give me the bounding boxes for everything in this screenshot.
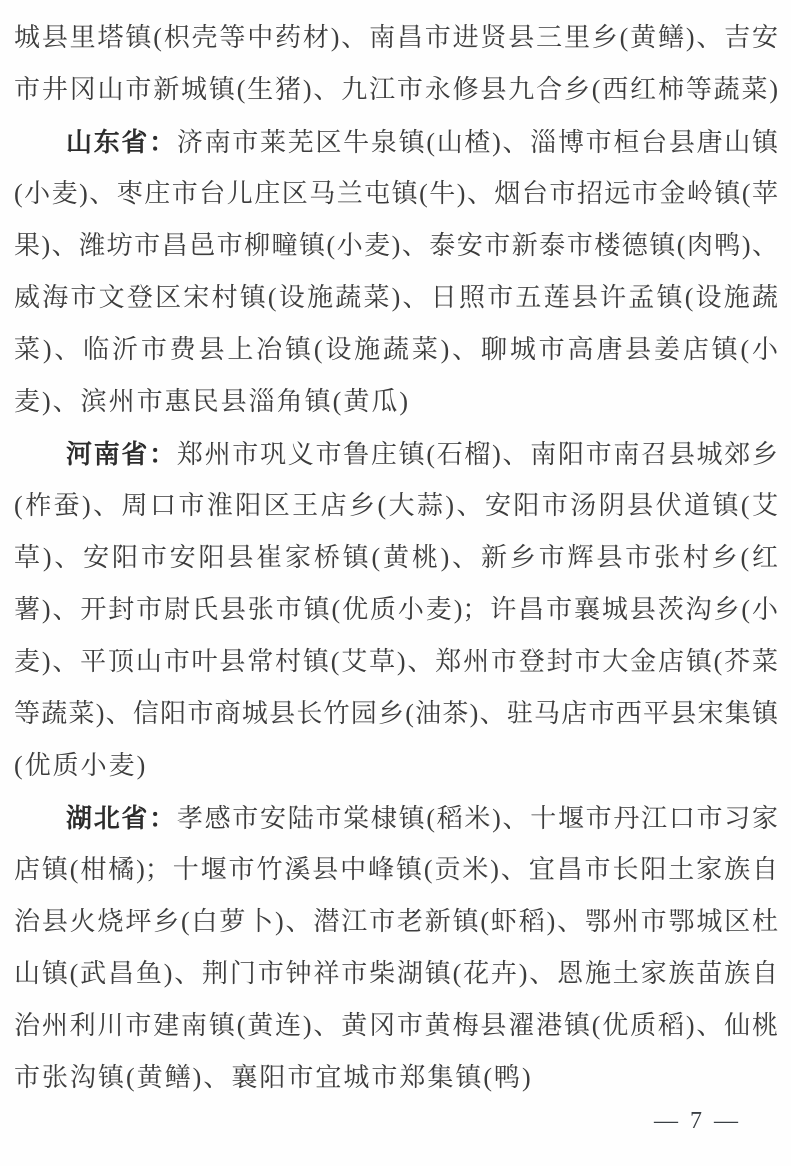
text-line: 威海市文登区宋村镇(设施蔬菜)、日照市五莲县许孟镇(设施蔬 xyxy=(14,272,778,324)
line-text: (小麦)、枣庄市台儿庄区马兰屯镇(牛)、烟台市招远市金岭镇(苹 xyxy=(14,179,778,208)
paragraph-jiangxi-continuation: 城县里塔镇(枳壳等中药材)、南昌市进贤县三里乡(黄鳝)、吉安市井冈山市新城镇(生… xyxy=(14,12,778,116)
province-name: 湖北省： xyxy=(66,803,177,833)
text-line: 麦)、平顶山市叶县常村镇(艾草)、郑州市登封市大金店镇(芥菜 xyxy=(14,636,778,688)
paragraph-hubei-province: 湖北省：孝感市安陆市棠棣镇(稻米)、十堰市丹江口市习家店镇(柑橘)；十堰市竹溪县… xyxy=(14,792,778,1104)
line-text: 孝感市安陆市棠棣镇(稻米)、十堰市丹江口市习家 xyxy=(177,804,778,833)
text-line: 山东省：济南市莱芜区牛泉镇(山楂)、淄博市桓台县唐山镇 xyxy=(14,116,778,168)
text-line: 草)、安阳市安阳县崔家桥镇(黄桃)、新乡市辉县市张村乡(红 xyxy=(14,532,778,584)
line-text: 济南市莱芜区牛泉镇(山楂)、淄博市桓台县唐山镇 xyxy=(177,128,778,157)
line-text: (优质小麦) xyxy=(14,751,147,780)
line-text: 麦)、平顶山市叶县常村镇(艾草)、郑州市登封市大金店镇(芥菜 xyxy=(14,647,778,676)
text-line: 山镇(武昌鱼)、荆门市钟祥市柴湖镇(花卉)、恩施土家族苗族自 xyxy=(14,948,778,1000)
page-number: — 7 — xyxy=(654,1108,741,1135)
line-text: 麦)、滨州市惠民县淄角镇(黄瓜) xyxy=(14,387,410,416)
text-line: 薯)、开封市尉氏县张市镇(优质小麦)；许昌市襄城县茨沟乡(小 xyxy=(14,584,778,636)
paragraph-shandong-province: 山东省：济南市莱芜区牛泉镇(山楂)、淄博市桓台县唐山镇(小麦)、枣庄市台儿庄区马… xyxy=(14,116,778,428)
province-name: 山东省： xyxy=(66,127,177,157)
line-text: 果)、潍坊市昌邑市柳疃镇(小麦)、泰安市新泰市楼德镇(肉鸭)、 xyxy=(14,231,778,260)
line-text: 菜)、临沂市费县上冶镇(设施蔬菜)、聊城市高唐县姜店镇(小 xyxy=(14,335,778,364)
line-text: 治县火烧坪乡(白萝卜)、潜江市老新镇(虾稻)、鄂州市鄂城区杜 xyxy=(14,907,778,936)
text-line: 等蔬菜)、信阳市商城县长竹园乡(油茶)、驻马店市西平县宋集镇 xyxy=(14,688,778,740)
text-line: (优质小麦) xyxy=(14,740,778,792)
document-page: 城县里塔镇(枳壳等中药材)、南昌市进贤县三里乡(黄鳝)、吉安市井冈山市新城镇(生… xyxy=(0,0,791,1166)
line-text: 治州利川市建南镇(黄连)、黄冈市黄梅县濯港镇(优质稻)、仙桃 xyxy=(14,1011,778,1040)
province-name: 河南省： xyxy=(66,439,177,469)
text-line: 湖北省：孝感市安陆市棠棣镇(稻米)、十堰市丹江口市习家 xyxy=(14,792,778,844)
line-text: 薯)、开封市尉氏县张市镇(优质小麦)；许昌市襄城县茨沟乡(小 xyxy=(14,595,778,624)
text-line: 市井冈山市新城镇(生猪)、九江市永修县九合乡(西红柿等蔬菜) xyxy=(14,64,778,116)
line-text: 草)、安阳市安阳县崔家桥镇(黄桃)、新乡市辉县市张村乡(红 xyxy=(14,543,778,572)
text-line: 菜)、临沂市费县上冶镇(设施蔬菜)、聊城市高唐县姜店镇(小 xyxy=(14,324,778,376)
text-line: 河南省：郑州市巩义市鲁庄镇(石榴)、南阳市南召县城郊乡 xyxy=(14,428,778,480)
line-text: 市张沟镇(黄鳝)、襄阳市宜城市郑集镇(鸭) xyxy=(14,1063,533,1092)
text-line: 治县火烧坪乡(白萝卜)、潜江市老新镇(虾稻)、鄂州市鄂城区杜 xyxy=(14,896,778,948)
line-text: (柞蚕)、周口市淮阳区王店乡(大蒜)、安阳市汤阴县伏道镇(艾 xyxy=(14,491,778,520)
line-text: 郑州市巩义市鲁庄镇(石榴)、南阳市南召县城郊乡 xyxy=(177,440,778,469)
line-text: 威海市文登区宋村镇(设施蔬菜)、日照市五莲县许孟镇(设施蔬 xyxy=(14,283,778,312)
text-line: 果)、潍坊市昌邑市柳疃镇(小麦)、泰安市新泰市楼德镇(肉鸭)、 xyxy=(14,220,778,272)
paragraph-henan-province: 河南省：郑州市巩义市鲁庄镇(石榴)、南阳市南召县城郊乡(柞蚕)、周口市淮阳区王店… xyxy=(14,428,778,792)
text-line: 城县里塔镇(枳壳等中药材)、南昌市进贤县三里乡(黄鳝)、吉安 xyxy=(14,12,778,64)
document-body: 城县里塔镇(枳壳等中药材)、南昌市进贤县三里乡(黄鳝)、吉安市井冈山市新城镇(生… xyxy=(0,0,791,1104)
line-text: 等蔬菜)、信阳市商城县长竹园乡(油茶)、驻马店市西平县宋集镇 xyxy=(14,699,778,728)
text-line: 治州利川市建南镇(黄连)、黄冈市黄梅县濯港镇(优质稻)、仙桃 xyxy=(14,1000,778,1052)
text-line: (柞蚕)、周口市淮阳区王店乡(大蒜)、安阳市汤阴县伏道镇(艾 xyxy=(14,480,778,532)
line-text: 城县里塔镇(枳壳等中药材)、南昌市进贤县三里乡(黄鳝)、吉安 xyxy=(14,23,778,52)
text-line: (小麦)、枣庄市台儿庄区马兰屯镇(牛)、烟台市招远市金岭镇(苹 xyxy=(14,168,778,220)
text-line: 店镇(柑橘)；十堰市竹溪县中峰镇(贡米)、宜昌市长阳土家族自 xyxy=(14,844,778,896)
line-text: 市井冈山市新城镇(生猪)、九江市永修县九合乡(西红柿等蔬菜) xyxy=(14,75,778,104)
line-text: 山镇(武昌鱼)、荆门市钟祥市柴湖镇(花卉)、恩施土家族苗族自 xyxy=(14,959,778,988)
text-line: 麦)、滨州市惠民县淄角镇(黄瓜) xyxy=(14,376,778,428)
text-line: 市张沟镇(黄鳝)、襄阳市宜城市郑集镇(鸭) xyxy=(14,1052,778,1104)
line-text: 店镇(柑橘)；十堰市竹溪县中峰镇(贡米)、宜昌市长阳土家族自 xyxy=(14,855,778,884)
